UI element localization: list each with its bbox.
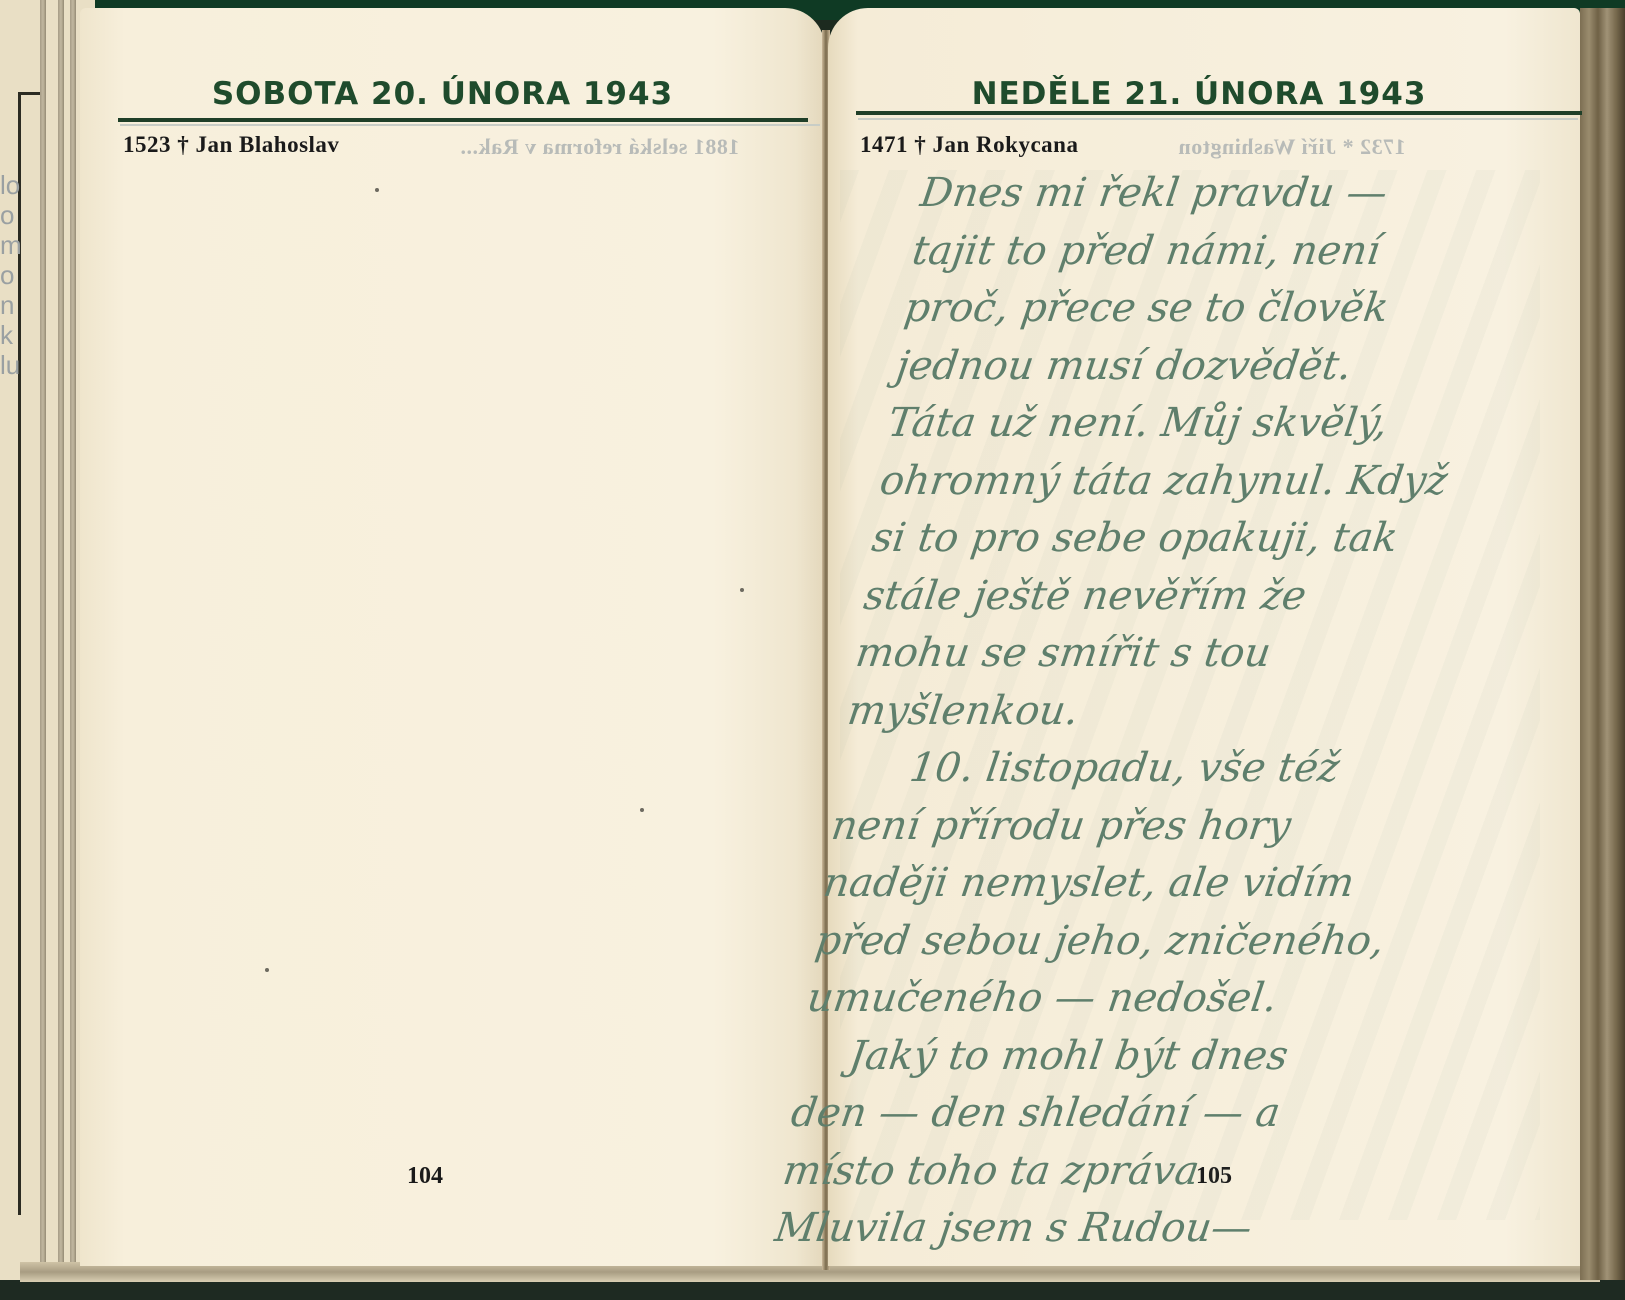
- handwritten-line: místo toho ta zpráva: [779, 1143, 1487, 1201]
- left-page: SOBOTA 20. ÚNORA 1943 1523 † Jan Blahosl…: [80, 8, 825, 1266]
- handwritten-line: tajit to před námi, není: [909, 223, 1617, 281]
- page-edge-line: [70, 0, 76, 1280]
- paper-speck: [640, 808, 644, 812]
- handwritten-line: naději nemyslet, ale vidím: [820, 855, 1528, 913]
- handwritten-line: si to pro sebe opakuji, tak: [868, 510, 1576, 568]
- paper-speck: [375, 188, 379, 192]
- book-cover-bottom: [0, 1280, 1625, 1300]
- bleed-through-note: 1732 * Jiří Washington: [1178, 134, 1406, 160]
- handwritten-line: ohromný táta zahynul. Když: [876, 453, 1584, 511]
- header-rule-shadow: [858, 118, 1578, 120]
- handwritten-line: Jaký to mohl být dnes: [795, 1028, 1503, 1086]
- handwritten-line: před sebou jeho, zničeného,: [812, 913, 1520, 971]
- right-page-note: 1471 † Jan Rokycana: [860, 132, 1078, 158]
- handwritten-line: jednou musí dozvědět.: [892, 338, 1600, 396]
- bleed-through-note: 1881 selská reforma v Rak...: [460, 134, 739, 160]
- header-rule: [118, 118, 808, 122]
- handwritten-line: umučeného — nedošel.: [804, 970, 1512, 1028]
- left-page-header: SOBOTA 20. ÚNORA 1943: [60, 76, 825, 112]
- handwritten-line: myšlenkou.: [844, 683, 1552, 741]
- paper-speck: [265, 968, 269, 972]
- header-rule: [856, 111, 1582, 115]
- handwritten-line: stále ještě nevěřím že: [860, 568, 1568, 626]
- page-edge-line: [58, 0, 64, 1280]
- handwritten-line: Mluvila jsem s Rudou—: [771, 1200, 1479, 1258]
- handwritten-line: 10. listopadu, vše též: [836, 740, 1544, 798]
- handwritten-line: mohu se smířit s tou: [852, 625, 1560, 683]
- page-number: 104: [407, 1163, 443, 1190]
- handwritten-line: není přírodu přes hory: [828, 798, 1536, 856]
- right-page-header: NEDĚLE 21. ÚNORA 1943: [818, 76, 1580, 112]
- ghost-letters: lo o m o n k lu: [0, 170, 30, 380]
- header-rule-shadow: [120, 124, 820, 126]
- left-page-note: 1523 † Jan Blahoslav: [123, 132, 339, 158]
- paper-speck: [740, 588, 744, 592]
- page-edge-line: [40, 0, 46, 1280]
- handwritten-line: proč, přece se to člověk: [901, 280, 1609, 338]
- handwritten-line: den — den shledání — a: [787, 1085, 1495, 1143]
- handwritten-line: Dnes mi řekl pravdu —: [917, 165, 1625, 223]
- diary-spread: lo o m o n k lu SOBOTA 20. ÚNORA 1943 15…: [0, 0, 1625, 1300]
- handwritten-line: Táta už není. Můj skvělý,: [884, 395, 1592, 453]
